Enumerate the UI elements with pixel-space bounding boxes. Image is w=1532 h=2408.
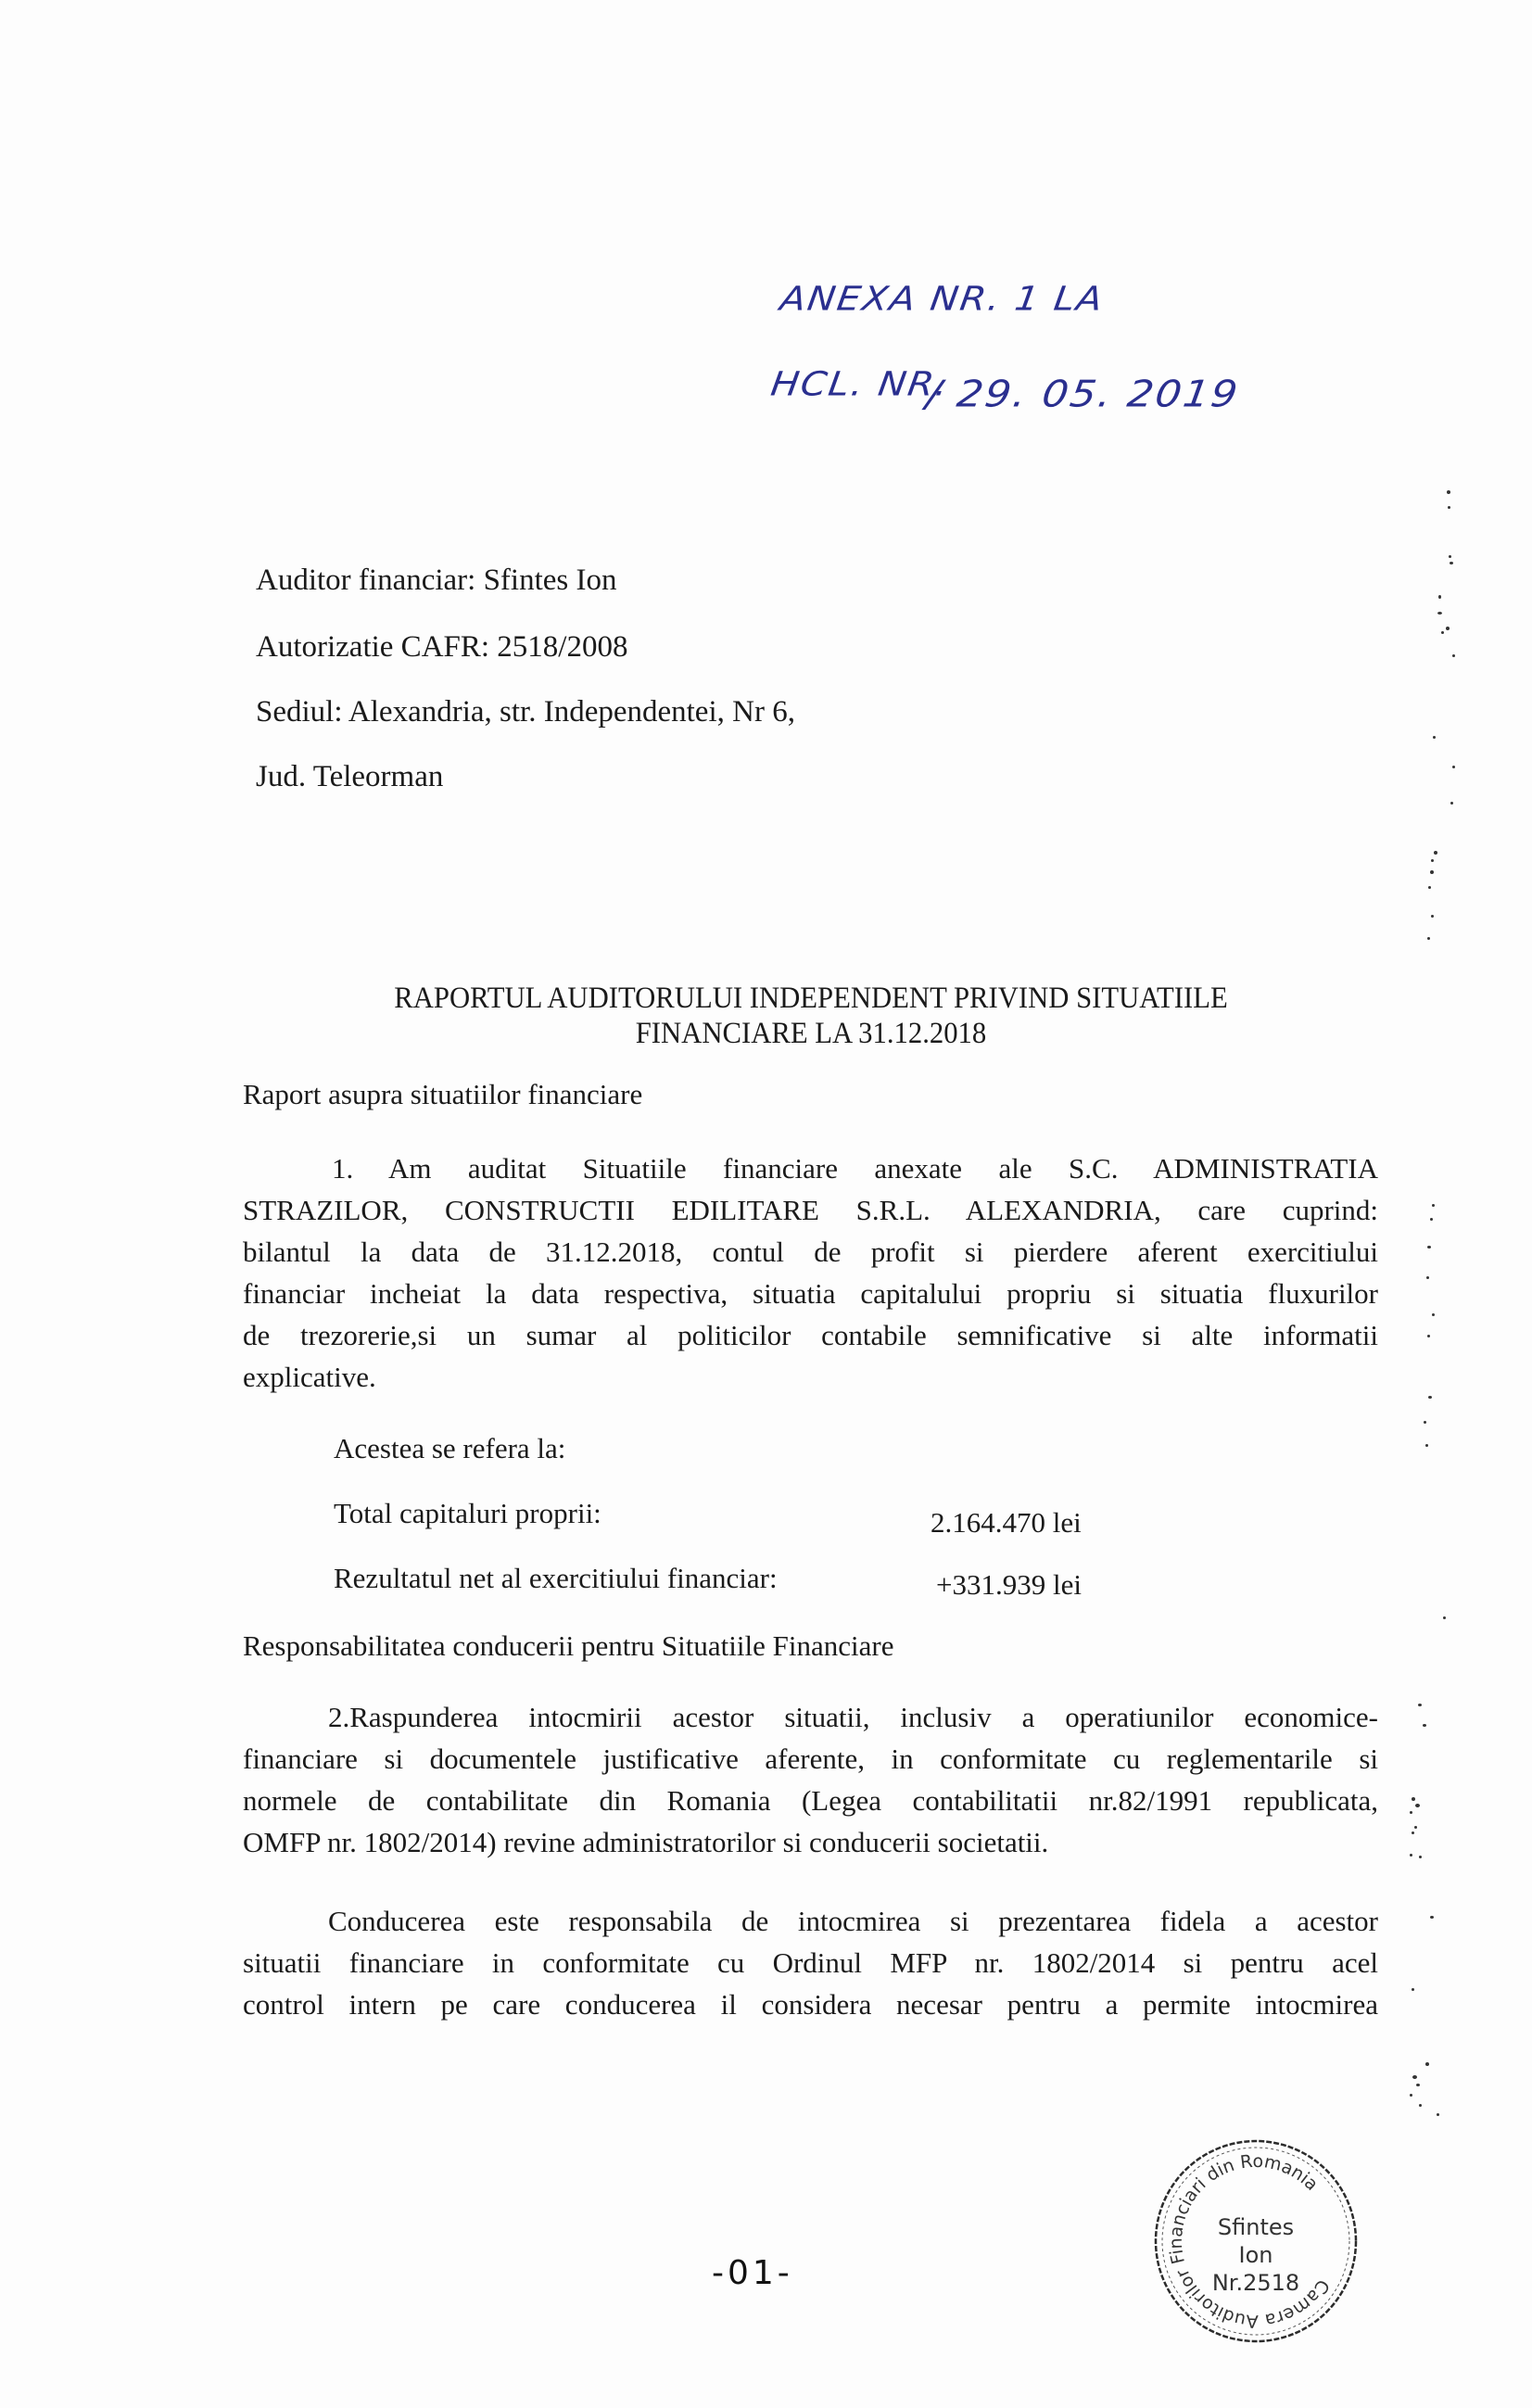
auditor-office: Sediul: Alexandria, str. Independentei, … [256, 695, 795, 729]
handwritten-annex-label: ANEXA NR. 1 LA [778, 280, 1107, 318]
scan-speck [1419, 2104, 1422, 2107]
scan-speck [1434, 851, 1437, 855]
section-heading-financial-statements: Raport asupra situatiilor financiare [243, 1078, 642, 1111]
paragraph-3: Conducerea este responsabila de intocmir… [243, 1900, 1378, 2025]
scan-speck [1443, 1616, 1446, 1619]
scan-speck [1450, 562, 1453, 564]
paragraph-line: 2.Raspunderea intocmirii acestor situati… [243, 1696, 1378, 1738]
scan-speck [1437, 2113, 1439, 2116]
scan-speck [1415, 1804, 1420, 1807]
stamp-number: Nr.2518 [1212, 2270, 1299, 2296]
stamp-seal-icon: Camera Auditorilor Financiari din Romani… [1151, 2136, 1361, 2346]
scan-speck [1448, 506, 1450, 509]
stamp-ring-text: Camera Auditorilor Financiari din Romani… [1151, 2136, 1361, 2346]
scan-speck [1423, 1724, 1426, 1727]
scan-speck [1412, 2075, 1417, 2079]
auditor-authorization: Autorizatie CAFR: 2518/2008 [256, 630, 627, 665]
scan-speck [1428, 886, 1431, 889]
section-heading-management-responsibility: Responsabilitatea conducerii pentru Situ… [243, 1629, 893, 1663]
refers-to-label: Acestea se refera la: [334, 1432, 565, 1465]
page-number: -01- [712, 2254, 793, 2292]
paragraph-line: normele de contabilitate din Romania (Le… [243, 1780, 1378, 1821]
auditor-name: Auditor financiar: Sfintes Ion [256, 564, 617, 598]
report-title: RAPORTUL AUDITORULUI INDEPENDENT PRIVIND… [272, 981, 1350, 1051]
scan-speck [1410, 2094, 1412, 2097]
paragraph-line: 1. Am auditat Situatiile financiare anex… [243, 1147, 1378, 1189]
scan-speck [1432, 1204, 1435, 1207]
paragraph-line: control intern pe care conducerea il con… [243, 1983, 1378, 2025]
scan-speck [1447, 490, 1450, 494]
scan-speck [1430, 870, 1434, 874]
scan-speck [1449, 555, 1451, 558]
paragraph-line: bilantul la data de 31.12.2018, contul d… [243, 1231, 1378, 1273]
auditor-stamp: Camera Auditorilor Financiari din Romani… [1151, 2136, 1361, 2346]
net-result-value: +331.939 lei [936, 1568, 1082, 1602]
scan-speck [1424, 1421, 1426, 1424]
paragraph-line: financiare si documentele justificative … [243, 1738, 1378, 1780]
scan-speck [1452, 654, 1455, 657]
paragraph-line: de trezorerie,si un sumar al politicilor… [243, 1314, 1378, 1356]
scan-speck [1425, 1444, 1428, 1447]
scan-speck [1427, 937, 1430, 940]
scan-speck [1430, 1218, 1433, 1221]
scan-speck [1433, 736, 1436, 739]
scan-speck [1430, 1916, 1434, 1919]
scan-speck [1428, 1396, 1432, 1399]
scan-speck [1450, 802, 1453, 805]
scan-speck [1431, 915, 1434, 918]
paragraph-line: financiar incheiat la data respectiva, s… [243, 1273, 1378, 1314]
scan-speck [1419, 1856, 1422, 1858]
scan-speck [1431, 859, 1434, 862]
auditor-county: Jud. Teleorman [256, 760, 443, 794]
paragraph-line: OMFP nr. 1802/2014) revine administrator… [243, 1821, 1378, 1863]
scan-speck [1414, 1826, 1417, 1829]
stamp-name-second: Ion [1239, 2242, 1273, 2268]
paragraph-2: 2.Raspunderea intocmirii acestor situati… [243, 1696, 1378, 1863]
net-result-label: Rezultatul net al exercitiului financiar… [334, 1562, 778, 1595]
paragraph-line: STRAZILOR, CONSTRUCTII EDILITARE S.R.L. … [243, 1189, 1378, 1231]
scan-speck [1412, 1988, 1414, 1991]
scan-speck [1426, 1276, 1429, 1279]
scan-speck [1427, 1335, 1430, 1337]
handwritten-hcl-label: HCL. NR. [768, 365, 952, 403]
scan-speck [1441, 631, 1444, 634]
scan-speck [1452, 766, 1455, 768]
scan-speck [1412, 1831, 1414, 1834]
scan-speck [1410, 1854, 1412, 1857]
stamp-name-first: Sfintes [1218, 2214, 1294, 2240]
paragraph-1: 1. Am auditat Situatiile financiare anex… [243, 1147, 1378, 1398]
total-equity-label: Total capitaluri proprii: [334, 1497, 601, 1530]
scan-speck [1412, 1797, 1415, 1801]
scan-speck [1446, 627, 1450, 630]
paragraph-line: explicative. [243, 1356, 1378, 1398]
scan-speck [1410, 1811, 1412, 1814]
report-title-line2: FINANCIARE LA 31.12.2018 [272, 1016, 1350, 1051]
scan-speck [1432, 1313, 1435, 1316]
paragraph-line: Conducerea este responsabila de intocmir… [243, 1900, 1378, 1942]
scan-speck [1427, 1246, 1431, 1248]
scan-speck [1437, 612, 1442, 615]
scan-speck [1438, 595, 1441, 599]
svg-text:Camera Auditorilor Financiari: Camera Auditorilor Financiari din Romani… [1151, 2136, 1361, 2346]
scan-speck [1416, 2084, 1420, 2086]
report-title-line1: RAPORTUL AUDITORULUI INDEPENDENT PRIVIND… [272, 981, 1350, 1016]
scan-speck [1418, 1704, 1422, 1706]
paragraph-line: situatii financiare in conformitate cu O… [243, 1942, 1378, 1983]
handwritten-date: / 29. 05. 2019 [924, 374, 1242, 416]
total-equity-value: 2.164.470 lei [931, 1506, 1082, 1540]
scan-speck [1425, 2062, 1429, 2066]
